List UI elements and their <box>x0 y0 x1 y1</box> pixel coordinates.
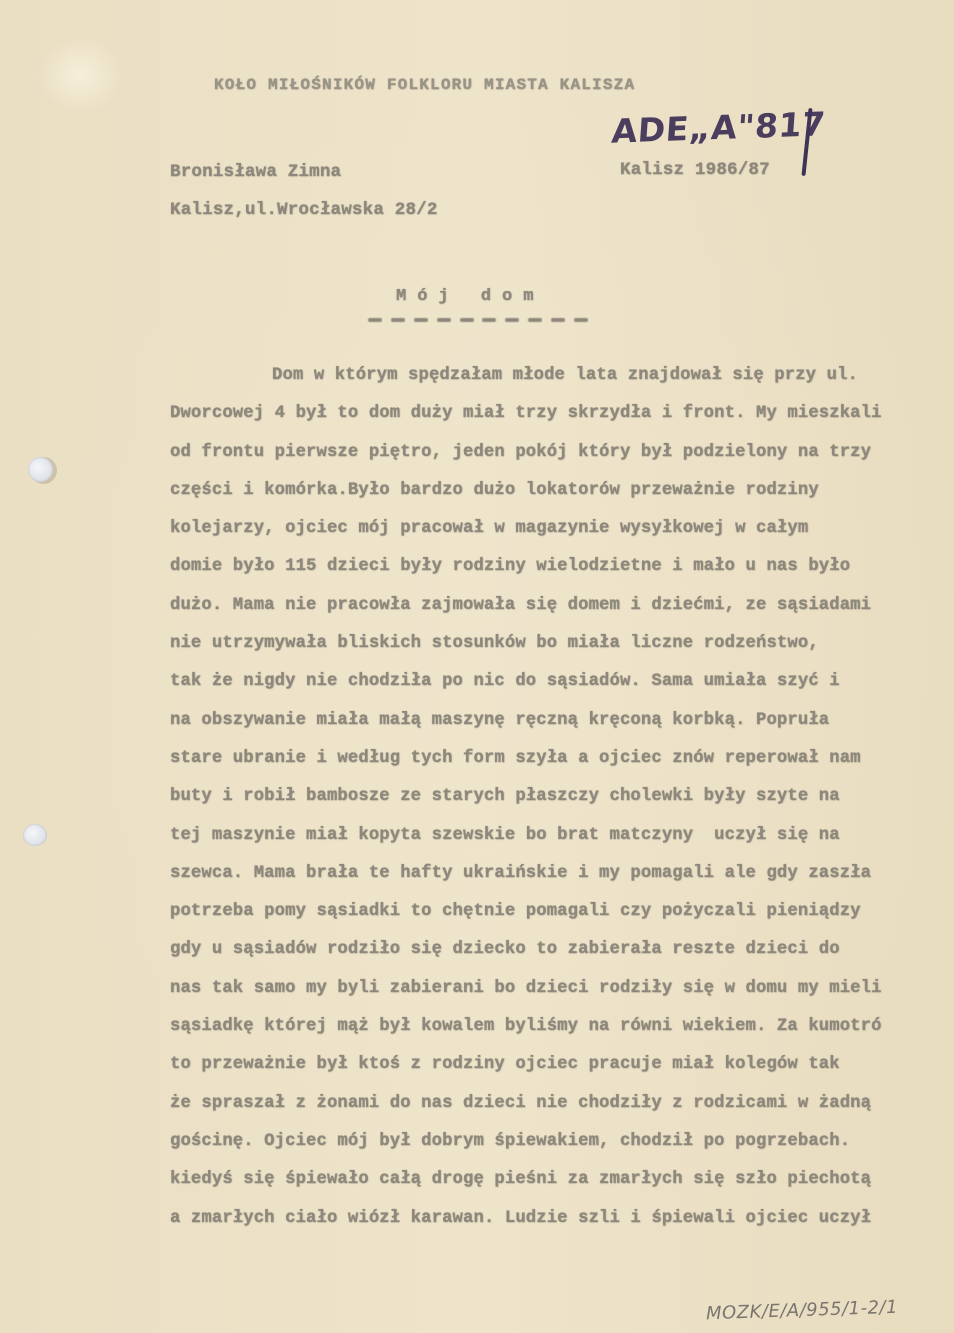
body-line: Dom w którym spędzałam młode lata znajdo… <box>170 364 954 402</box>
underline-dash <box>528 318 542 322</box>
body-line: tej maszynie miał kopyta szewskie bo bra… <box>170 824 954 862</box>
underline-dash <box>414 318 428 322</box>
body-line: nie utrzymywała bliskich stosunków bo mi… <box>170 632 954 670</box>
body-line: gościnę. Ojciec mój był dobrym śpiewakie… <box>170 1130 954 1168</box>
body-line: nas tak samo my byli zabierani bo dzieci… <box>170 977 954 1015</box>
body-line: Dworcowej 4 był to dom duży miał trzy sk… <box>170 402 954 440</box>
body-line: tak że nigdy nie chodziła po nic do sąsi… <box>170 670 954 708</box>
body-line: części i komórka.Było bardzo dużo lokato… <box>170 479 954 517</box>
handwritten-archive-mark: ADE„A"817 <box>610 104 827 150</box>
body-line: domie było 115 dzieci były rodziny wielo… <box>170 555 954 593</box>
body-text: Dom w którym spędzałam młode lata znajdo… <box>170 364 954 1245</box>
body-line: sąsiadkę której mąż był kowalem byliśmy … <box>170 1015 954 1053</box>
underline-dash <box>551 318 565 322</box>
body-line: gdy u sąsiadów rodziło się dziecko to za… <box>170 938 954 976</box>
body-line: a zmarłych ciało wiózł karawan. Ludzie s… <box>170 1207 954 1245</box>
body-line: kiedyś się śpiewało całą drogę pieśni za… <box>170 1168 954 1206</box>
underline-dash <box>391 318 405 322</box>
body-line: szewca. Mama brała te hafty ukraińskie i… <box>170 862 954 900</box>
body-line: dużo. Mama nie pracowła zajmowała się do… <box>170 594 954 632</box>
title-underline <box>368 318 588 324</box>
body-line: od frontu pierwsze piętro, jeden pokój k… <box>170 441 954 479</box>
punch-hole-upper <box>28 457 53 482</box>
underline-dash <box>368 318 382 322</box>
underline-dash <box>574 318 588 322</box>
body-line: kolejarzy, ojciec mój pracował w magazyn… <box>170 517 954 555</box>
document-title: Mój dom <box>396 287 544 306</box>
body-line: na obszywanie miała małą maszynę ręczną … <box>170 709 954 747</box>
archive-reference-code: MOZK/E/A/955/1-2/1 <box>706 1297 899 1325</box>
body-line: to przeważnie był ktoś z rodziny ojciec … <box>170 1053 954 1091</box>
punch-hole-lower <box>23 824 47 846</box>
underline-dash <box>482 318 496 322</box>
body-line: buty i robił bambosze ze starych płaszcz… <box>170 785 954 823</box>
underline-dash <box>437 318 451 322</box>
body-line: stare ubranie i według tych form szyła a… <box>170 747 954 785</box>
body-line: potrzeba pomy sąsiadki to chętnie pomaga… <box>170 900 954 938</box>
author-address: Kalisz,ul.Wrocławska 28/2 <box>170 200 438 220</box>
underline-dash <box>505 318 519 322</box>
place-date: Kalisz 1986/87 <box>620 160 770 180</box>
body-line: że spraszał z żonami do nas dzieci nie c… <box>170 1092 954 1130</box>
organization-header: KOŁO MIŁOŚNIKÓW FOLKLORU MIASTA KALISZA <box>214 76 635 94</box>
author-name: Bronisława Zimna <box>170 162 341 182</box>
underline-dash <box>460 318 474 322</box>
